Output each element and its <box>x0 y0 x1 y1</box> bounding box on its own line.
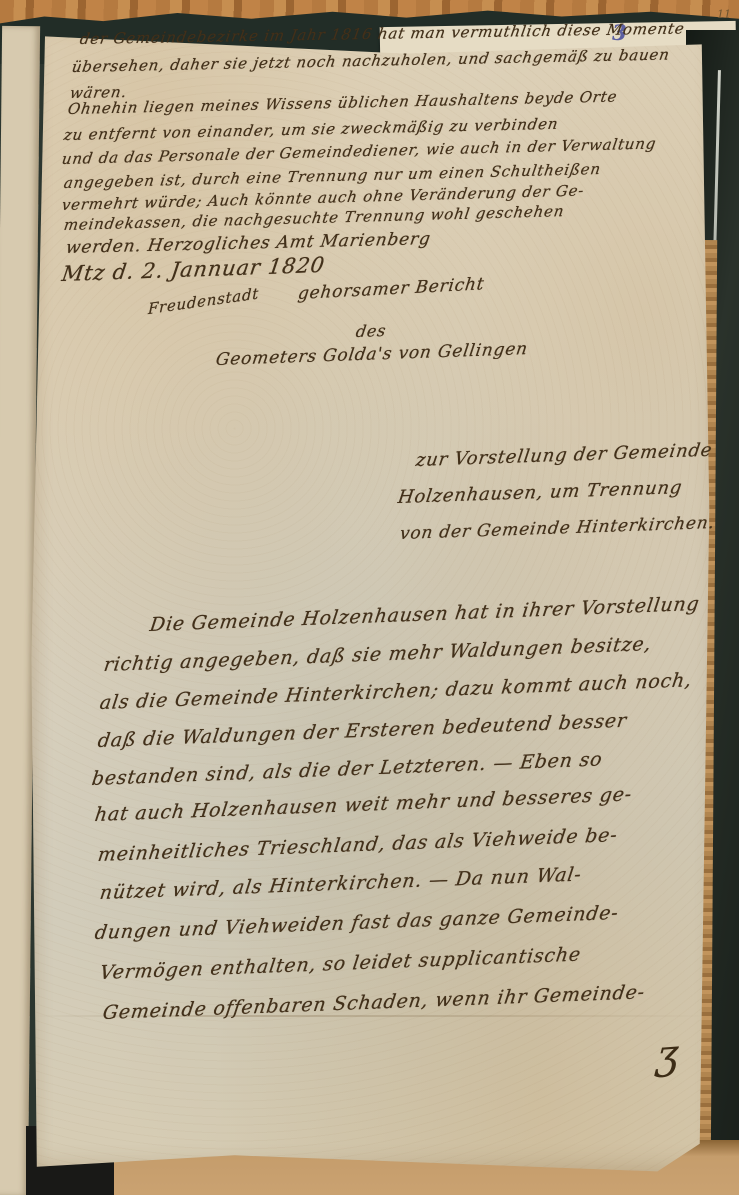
report-of: des <box>355 321 388 341</box>
corner-mark: 11 <box>717 8 731 21</box>
scanned-manuscript-photo: 11 3 der Gemeindebezirke im Jahr 1816 ha… <box>0 0 739 1195</box>
catchword-mark: ʒ <box>654 1031 680 1079</box>
